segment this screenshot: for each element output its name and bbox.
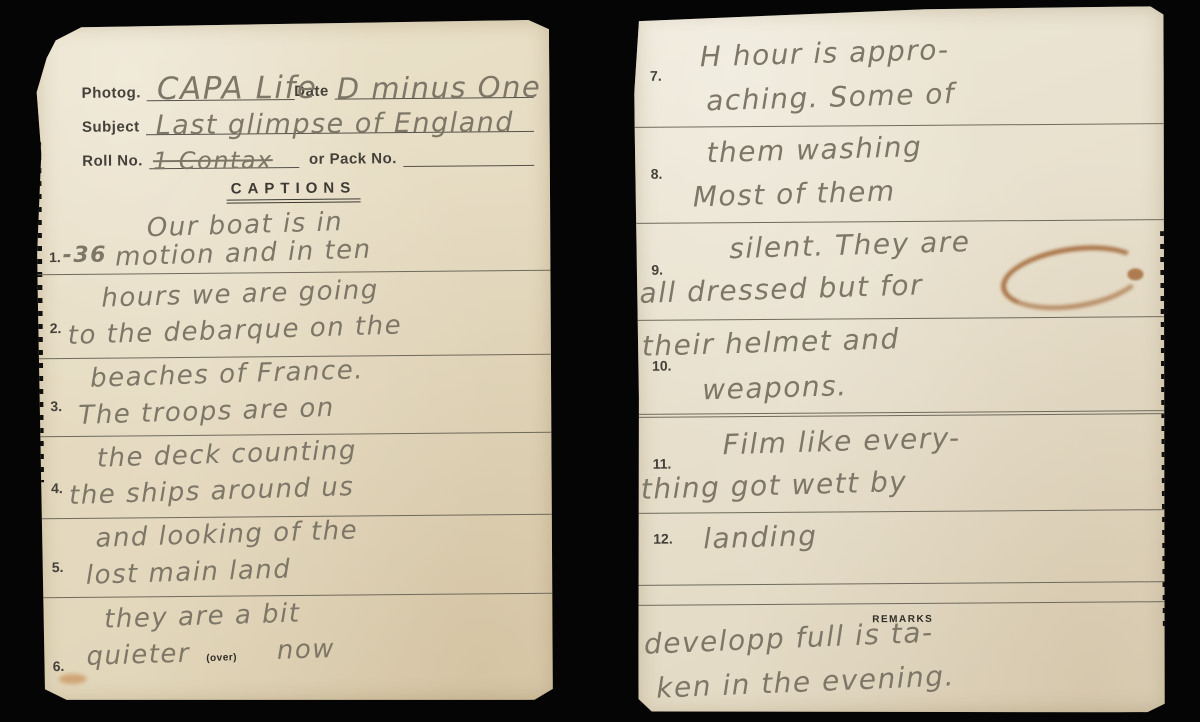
handwritten-word: quieter [86, 639, 190, 672]
handwritten-line: thing got wett by [640, 452, 1167, 512]
handwritten-word: now [276, 634, 335, 666]
caption-row-7: 7. H hour is appro- aching. Some of [634, 24, 1165, 128]
pack-field [403, 131, 535, 167]
date-field: D minus One [335, 63, 534, 100]
caption-row-5: 5. and looking of the lost main land [39, 515, 554, 598]
caption-row-10: 10. their helmet and weapons. [636, 317, 1167, 418]
line-number-2: 2. [50, 320, 62, 336]
photog-label: Photog. [82, 84, 147, 102]
caption-row-3: 3. beaches of France. The troops are on [38, 355, 553, 437]
caption-lines-page-2: 7. H hour is appro- aching. Some of 8. t… [634, 24, 1168, 606]
roll-label: Roll No. [82, 152, 149, 170]
line-number-12: 12. [653, 531, 673, 547]
line-number-1: 1.-36 [49, 243, 107, 269]
roll-frames-note: -36 [63, 243, 107, 268]
line-number-8: 8. [651, 166, 663, 182]
remarks-section: REMARKS developp full is ta- ken in the … [638, 602, 1169, 711]
caption-row-6: 6. they are a bit quieter(over)now [40, 594, 555, 708]
form-header: Photog. CAPA Life Date D minus One Subje… [35, 20, 550, 170]
caption-sheet-page-1: Photog. CAPA Life Date D minus One Subje… [35, 20, 555, 704]
caption-row-12: 12. landing [637, 510, 1167, 586]
caption-row-9: 9. silent. They are all dressed but for [635, 220, 1166, 321]
handwritten-line: landing [703, 504, 1168, 562]
subject-row: Subject Last glimpse of England [82, 98, 534, 136]
caption-row-8: 8. them washing Most of them [634, 124, 1165, 224]
roll-field: 1 Contax [149, 133, 299, 169]
caption-row-11: 11. Film like every- thing got wett by [636, 414, 1167, 514]
handwritten-line: all dressed but for [639, 256, 1166, 316]
caption-sheet-page-2: 7. H hour is appro- aching. Some of 8. t… [634, 6, 1169, 716]
photog-row: Photog. CAPA Life Date D minus One [81, 64, 533, 102]
line-number-3: 3. [50, 398, 62, 414]
line-number-4: 4. [51, 480, 63, 496]
over-note: (over) [206, 639, 238, 677]
caption-lines-page-1: 1.-36 Our boat is in motion and in ten 2… [37, 209, 555, 708]
pack-label: or Pack No. [299, 150, 403, 168]
captions-heading: CAPTIONS [36, 178, 550, 205]
photog-field: CAPA Life [147, 65, 295, 101]
subject-field: Last glimpse of England [145, 97, 534, 135]
caption-row-4: 4. the deck counting the ships around us [39, 433, 554, 519]
line-number-5: 5. [52, 559, 64, 575]
photo-of-caption-sheets: Photog. CAPA Life Date D minus One Subje… [0, 0, 1200, 722]
caption-row-1: 1.-36 Our boat is in motion and in ten [37, 209, 552, 275]
line-number-6: 6. [53, 658, 65, 674]
subject-label: Subject [82, 118, 146, 136]
line-number-7: 7. [650, 67, 662, 83]
roll-value: 1 Contax [153, 146, 273, 175]
caption-row-2: 2. hours we are going to the debarque on… [37, 271, 552, 359]
